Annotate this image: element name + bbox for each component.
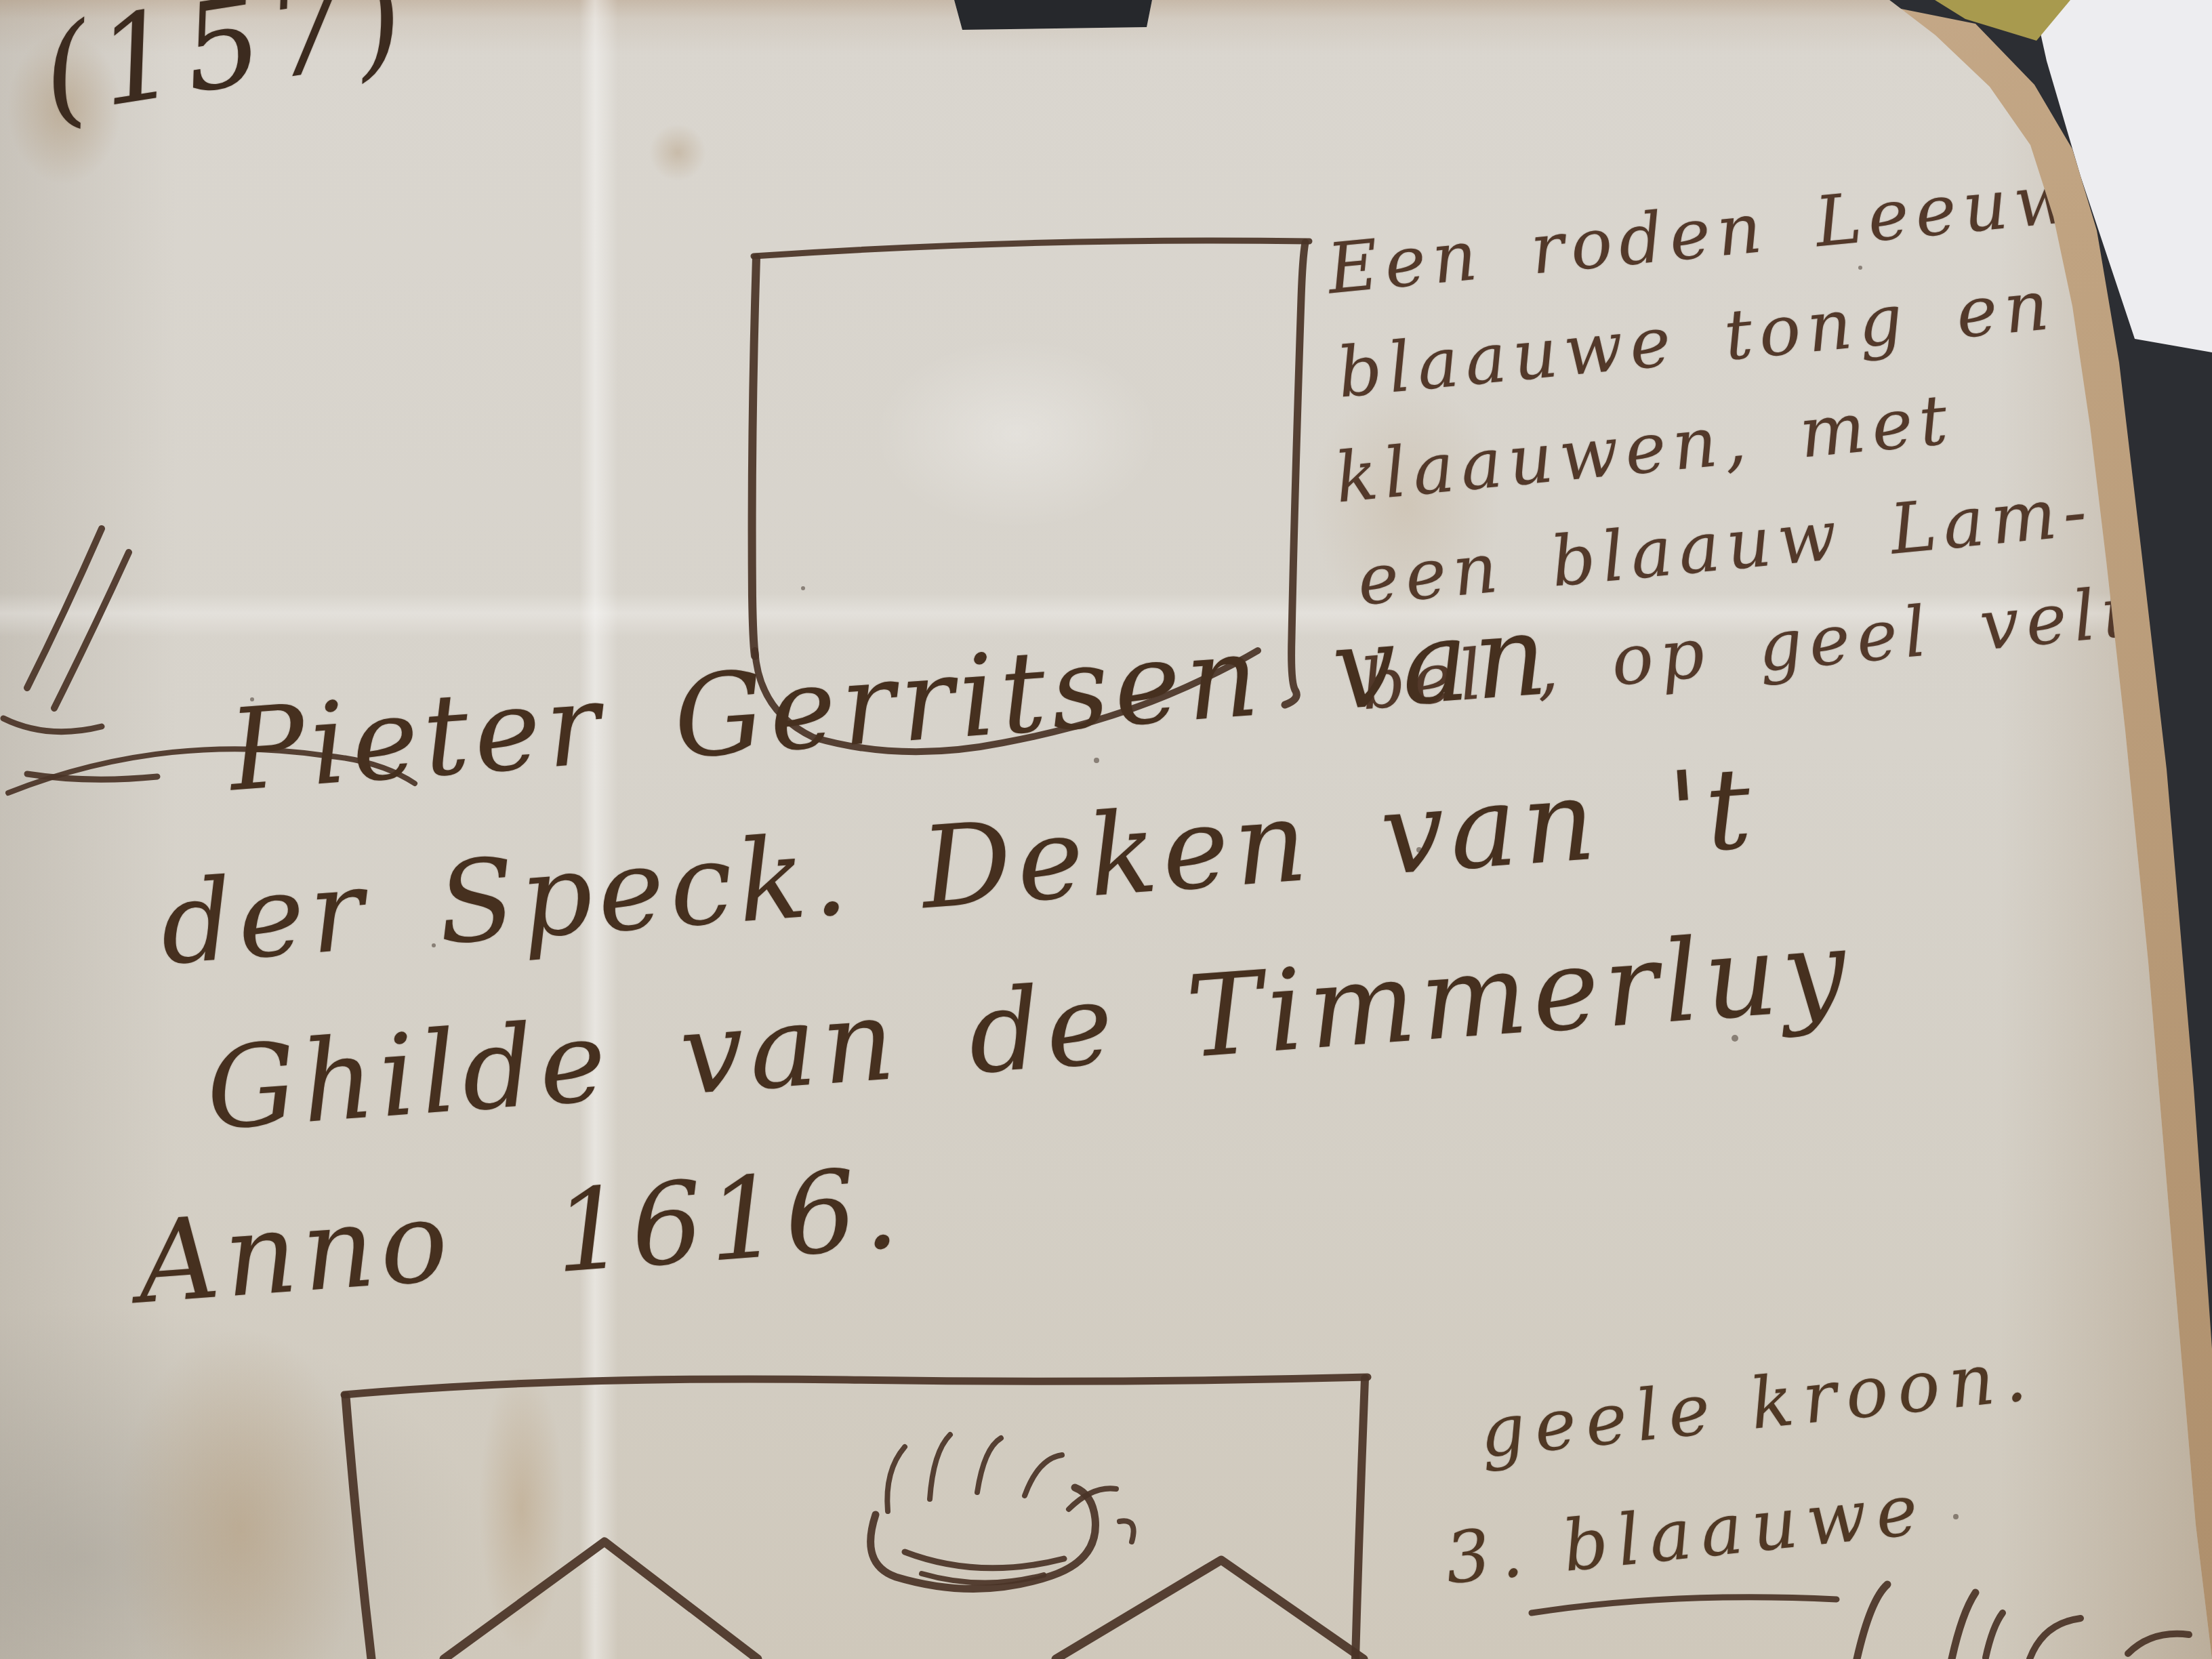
fleck <box>801 586 805 590</box>
paper-flecks <box>0 0 2212 1659</box>
fleck <box>1858 266 1862 270</box>
book-backing-notch <box>954 0 1152 31</box>
manuscript-page: (157) Een roden Leeuw blaauwe tong en kl… <box>0 0 2212 1659</box>
fleck <box>1094 758 1099 763</box>
fleck <box>432 943 436 947</box>
manuscript-photo: (157) Een roden Leeuw blaauwe tong en kl… <box>0 0 2212 1659</box>
fleck <box>1732 1035 1738 1042</box>
fleck <box>1416 847 1422 853</box>
fleck <box>250 697 254 701</box>
fleck <box>1953 1514 1959 1519</box>
